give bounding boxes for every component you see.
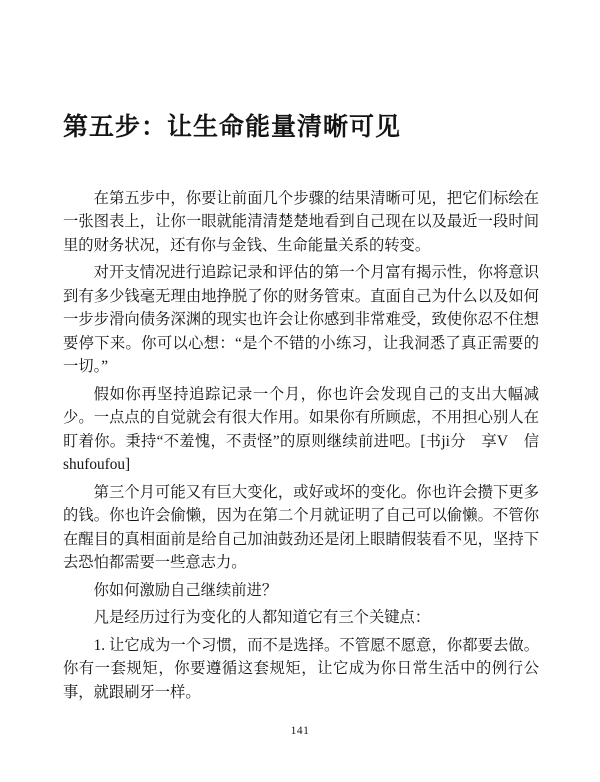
paragraph-first-month: 对开支情况进行追踪记录和评估的第一个月富有揭示性，你将意识到有多少钱毫无理由地挣… (63, 261, 539, 379)
paragraph-intro: 在第五步中，你要让前面几个步骤的结果清晰可见，把它们标绘在一张图表上，让你一眼就… (63, 187, 539, 258)
body-text: 在第五步中，你要让前面几个步骤的结果清晰可见，把它们标绘在一张图表上，让你一眼就… (63, 187, 539, 705)
paragraph-third-month: 第三个月可能又有巨大变化，或好或坏的变化。你也许会攒下更多的钱。你也许会偷懒，因… (63, 481, 539, 575)
chapter-title: 第五步：让生命能量清晰可见 (63, 112, 538, 145)
document-page: 第五步：让生命能量清晰可见 在第五步中，你要让前面几个步骤的结果清晰可见，把它们… (0, 0, 600, 782)
page-footer: 141 (0, 721, 600, 739)
paragraph-key-point-1: 1. 让它成为一个习惯，而不是选择。不管愿不愿意，你都要去做。你有一套规矩，你要… (63, 634, 539, 705)
paragraph-key-points-lead: 凡是经历过行为变化的人都知道它有三个关键点： (63, 606, 539, 630)
paragraph-second-month: 假如你再坚持追踪记录一个月，你也许会发现自己的支出大幅减少。一点点的自觉就会有很… (63, 383, 539, 477)
page-number: 141 (291, 725, 310, 737)
paragraph-question: 你如何激励自己继续前进？ (63, 579, 539, 603)
